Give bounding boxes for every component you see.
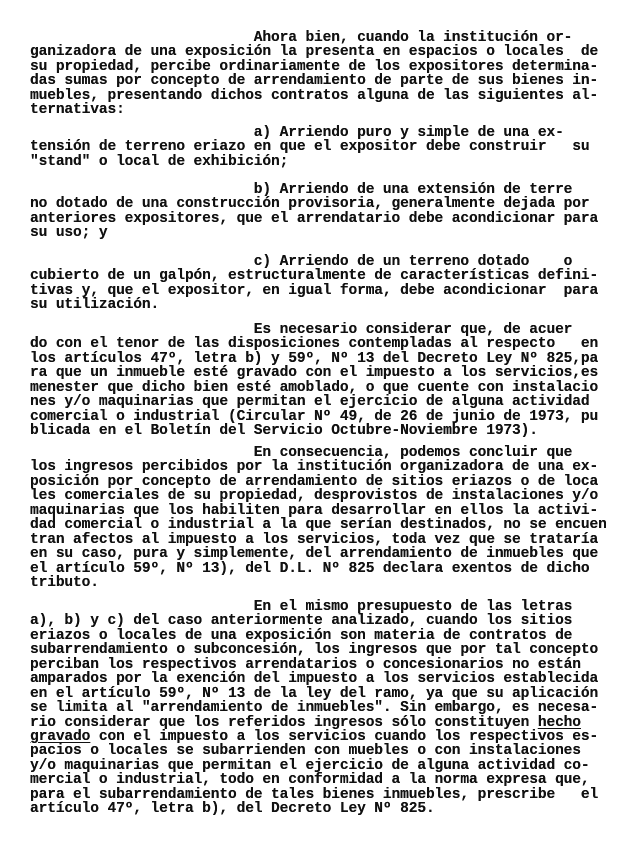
text-line: artículo 47º, letra b), del Decreto Ley … xyxy=(30,802,610,816)
text-line: no dotado de una construcción provisoria… xyxy=(30,197,610,211)
text-line: "stand" o local de exhibición; xyxy=(30,155,610,169)
text-line: a), b) y c) del caso anteriormente anali… xyxy=(30,614,610,628)
paragraph-alternative-c: c) Arriendo de un terreno dotado o cubie… xyxy=(30,255,610,313)
text-line: en el artículo 59º, Nº 13 de la ley del … xyxy=(30,687,610,701)
text-line: pacios o locales se subarrienden con mue… xyxy=(30,744,610,758)
text-line: amparados por la exención del impuesto a… xyxy=(30,672,610,686)
text-line: tran afectos al impuesto a los servicios… xyxy=(30,533,610,547)
text-line: se limita al "arrendamiento de inmuebles… xyxy=(30,701,610,715)
text-line: cubierto de un galpón, estructuralmente … xyxy=(30,269,610,283)
text-line: do con el tenor de las disposiciones con… xyxy=(30,337,610,351)
text-line: comercial o industrial (Circular Nº 49, … xyxy=(30,410,610,424)
text-line: blicada en el Boletín del Servicio Octub… xyxy=(30,424,610,438)
text-line: su utilización. xyxy=(30,298,610,312)
text-line: subarrendamiento o subconcesión, los ing… xyxy=(30,643,610,657)
text-line: dad comercial o industrial a la que serí… xyxy=(30,518,610,532)
paragraph-consecuencia: En consecuencia, podemos concluir que lo… xyxy=(30,446,610,590)
text-line: en su caso, pura y simplemente, del arre… xyxy=(30,547,610,561)
text-line: tributo. xyxy=(30,576,610,590)
text-line: anteriores expositores, que el arrendata… xyxy=(30,212,610,226)
text-line: para el subarrendamiento de tales bienes… xyxy=(30,788,610,802)
paragraph-alternative-a: a) Arriendo puro y simple de una ex- ten… xyxy=(30,126,610,169)
paragraph-intro: Ahora bien, cuando la institución or- ga… xyxy=(30,31,610,118)
text-line: das sumas por concepto de arrendamiento … xyxy=(30,74,610,88)
text-line-underlined-hecho: rio considerar que los referidos ingreso… xyxy=(30,716,610,730)
text-line: ternativas: xyxy=(30,103,610,117)
paragraph-mismo-presupuesto: En el mismo presupuesto de las letras a)… xyxy=(30,600,610,817)
text-line: su uso; y xyxy=(30,226,610,240)
document-page: Ahora bien, cuando la institución or- ga… xyxy=(0,0,630,854)
text-line: ra que un inmueble esté gravado con el i… xyxy=(30,366,610,380)
text-line: tensión de terreno eriazo en que el expo… xyxy=(30,140,610,154)
text-line: el artículo 59º, Nº 13), del D.L. Nº 825… xyxy=(30,562,610,576)
text-line: mercial o industrial, todo en conformida… xyxy=(30,773,610,787)
paragraph-alternative-b: b) Arriendo de una extensión de terre no… xyxy=(30,183,610,241)
text-line: ganizadora de una exposición la presenta… xyxy=(30,45,610,59)
paragraph-necesario: Es necesario considerar que, de acuer do… xyxy=(30,323,610,439)
text-line: nes y/o maquinarias que permitan el ejer… xyxy=(30,395,610,409)
text-line: les comerciales de su propiedad, desprov… xyxy=(30,489,610,503)
text-line: los ingresos percibidos por la instituci… xyxy=(30,460,610,474)
